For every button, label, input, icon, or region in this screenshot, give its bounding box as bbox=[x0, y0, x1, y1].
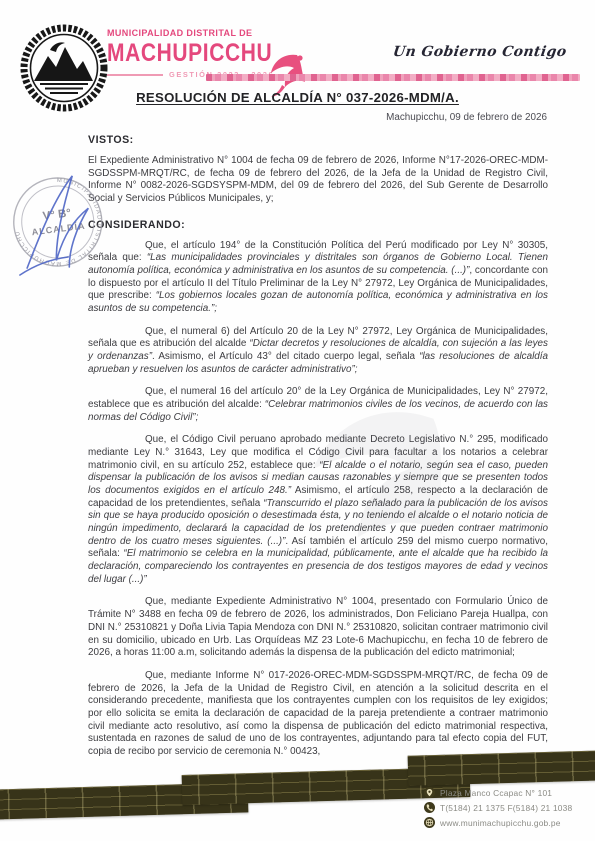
vistos-heading: VISTOS: bbox=[88, 134, 548, 146]
vistos-body: El Expediente Administrativo N° 1004 de … bbox=[88, 155, 548, 206]
brand-block: MUNICIPALIDAD DISTRITAL DE MACHUPICCHU G… bbox=[107, 28, 274, 79]
footer-address-row: Plaza Manco Ccapac N° 101 bbox=[424, 787, 572, 798]
considerando-paragraph: Que, el artículo 194° de la Constitución… bbox=[88, 240, 548, 316]
considerando-paragraph: Que, mediante Expediente Administrativo … bbox=[88, 596, 548, 659]
considerando-paragraph: Que, mediante Informe N° 017-2026-OREC-M… bbox=[88, 670, 548, 759]
considerando-paragraph: Que, el numeral 6) del Artículo 20 de la… bbox=[88, 326, 548, 377]
slogan-script: Un Gobierno Contigo bbox=[392, 44, 568, 60]
footer-phone: T(5184) 21 1375 F(5184) 21 1038 bbox=[440, 803, 572, 813]
document-page: MUNICIPALIDAD DISTRITAL DE MACHUPICCHU G… bbox=[0, 0, 595, 841]
org-line1: MUNICIPALIDAD DISTRITAL DE bbox=[107, 28, 274, 38]
vobo-stamp: MUNICIPALIDAD DISTRITAL DE MACHUPICCHU V… bbox=[0, 158, 121, 291]
location-pin-icon bbox=[424, 787, 435, 798]
considerando-heading: CONSIDERANDO: bbox=[88, 219, 548, 231]
org-name: MACHUPICCHU bbox=[107, 41, 274, 66]
brand-rule bbox=[107, 74, 163, 76]
footer-address: Plaza Manco Ccapac N° 101 bbox=[440, 788, 552, 798]
footer-website-row: www.munimachupicchu.gob.pe bbox=[424, 817, 572, 828]
inca-band-right bbox=[408, 750, 595, 786]
header-divider-band bbox=[206, 74, 580, 81]
phone-icon bbox=[424, 802, 435, 813]
resolution-title: RESOLUCIÓN DE ALCALDÍA N° 037-2026-MDM/A… bbox=[0, 90, 595, 105]
footer-contacts: Plaza Manco Ccapac N° 101 T(5184) 21 137… bbox=[424, 787, 572, 828]
footer-phone-row: T(5184) 21 1375 F(5184) 21 1038 bbox=[424, 802, 572, 813]
dateline: Machupicchu, 09 de febrero de 2026 bbox=[386, 112, 547, 123]
globe-icon bbox=[424, 817, 435, 828]
footer-website: www.munimachupicchu.gob.pe bbox=[440, 818, 561, 828]
